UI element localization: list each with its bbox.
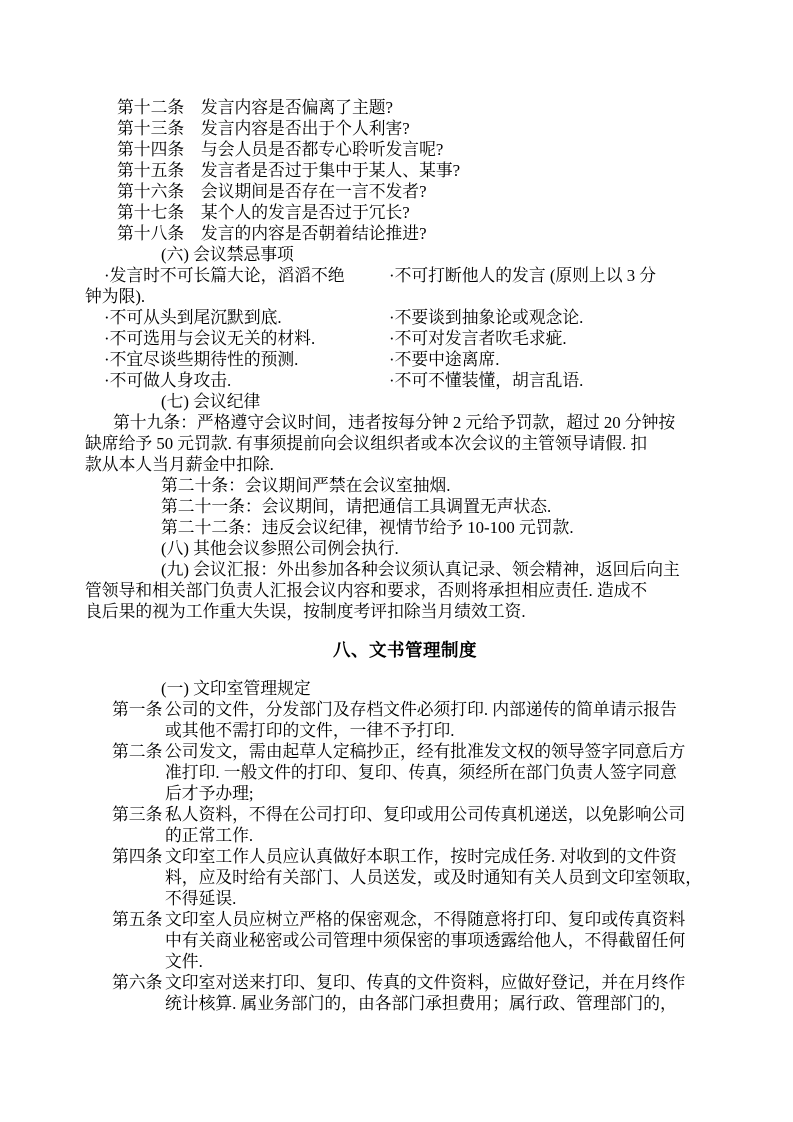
meeting-item: 第十四条 与会人员是否都专心聆听发言呢? <box>85 139 725 160</box>
article-label: 第四条 <box>112 846 165 867</box>
rule-21: 第二十一条：会议期间，请把通信工具调置无声状态. <box>85 496 725 517</box>
article-line: 的正常工作. <box>85 825 725 846</box>
article-line: 后才予办理; <box>85 783 725 804</box>
taboo-bullet-left: ·不可做人身攻击. <box>85 370 389 391</box>
article-2: 第二条公司发文，需由起草人定稿抄正，经有批准发文权的领导签字同意后方 准打印. … <box>85 741 725 804</box>
article-line: 文件. <box>85 951 725 972</box>
article-label: 第三条 <box>112 804 165 825</box>
subheading-other-meetings: (八) 其他会议参照公司例会执行. <box>85 538 725 559</box>
taboo-bullet-left: ·不可选用与会议无关的材料. <box>85 328 389 349</box>
article-line: 第四条文印室工作人员应认真做好本职工作，按时完成任务. 对收到的文件资 <box>85 846 725 867</box>
article-label: 第二条 <box>112 741 165 762</box>
article-6: 第六条文印室对送来打印、复印、传真的文件资料，应做好登记，并在月终作 统计核算.… <box>85 972 725 1014</box>
rule-19-line: 缺席给予 50 元罚款. 有事须提前向会议组织者或本次会议的主管领导请假. 扣 <box>85 433 725 454</box>
rule-19-line: 款从本人当月薪金中扣除. <box>85 454 725 475</box>
taboo-bullet-right: ·不可打断他人的发言 (原则上以 3 分 <box>389 265 656 286</box>
meeting-item: 第十五条 发言者是否过于集中于某人、某事? <box>85 160 725 181</box>
meeting-report-line: 管领导和相关部门负责人汇报会议内容和要求，否则将承担相应责任. 造成不 <box>85 580 725 601</box>
taboo-bullet-row: ·不可从头到尾沉默到底. ·不要谈到抽象论或观念论. <box>85 307 725 328</box>
article-3: 第三条私人资料，不得在公司打印、复印或用公司传真机递送，以免影响公司 的正常工作… <box>85 804 725 846</box>
taboo-bullet-right: ·不要中途离席. <box>389 349 499 370</box>
taboo-bullet-right: ·不可对发言者吹毛求疵. <box>389 328 567 349</box>
article-label: 第一条 <box>112 699 165 720</box>
article-line: 中有关商业秘密或公司管理中须保密的事项透露给他人，不得截留任何 <box>85 930 725 951</box>
article-line: 或其他不需打印的文件，一律不予打印. <box>85 720 725 741</box>
meeting-item: 第十二条 发言内容是否偏离了主题? <box>85 97 725 118</box>
meeting-item: 第十三条 发言内容是否出于个人利害? <box>85 118 725 139</box>
taboo-bullet-left: ·发言时不可长篇大论，滔滔不绝 <box>85 265 389 286</box>
article-line: 料，应及时给有关部门、人员送发，或及时通知有关人员到文印室领取， <box>85 867 725 888</box>
section-title: 八、文书管理制度 <box>85 639 725 661</box>
article-line: 第五条文印室人员应树立严格的保密观念，不得随意将打印、复印或传真资料 <box>85 909 725 930</box>
meeting-item: 第十八条 发言的内容是否朝着结论推进? <box>85 223 725 244</box>
article-text: 文印室工作人员应认真做好本职工作，按时完成任务. 对收到的文件资 <box>165 847 677 866</box>
article-line: 准打印. 一般文件的打印、复印、传真，须经所在部门负责人签字同意 <box>85 762 725 783</box>
subheading-discipline: (七) 会议纪律 <box>85 391 725 412</box>
article-text: 文印室对送来打印、复印、传真的文件资料，应做好登记，并在月终作 <box>165 973 685 992</box>
taboo-bullet-right: ·不要谈到抽象论或观念论. <box>389 307 583 328</box>
article-line: 第三条私人资料，不得在公司打印、复印或用公司传真机递送，以免影响公司 <box>85 804 725 825</box>
article-text: 公司的文件，分发部门及存档文件必须打印. 内部递传的简单请示报告 <box>165 700 677 719</box>
article-label: 第六条 <box>112 972 165 993</box>
taboo-bullet-left: ·不可从头到尾沉默到底. <box>85 307 389 328</box>
article-text: 文印室人员应树立严格的保密观念，不得随意将打印、复印或传真资料 <box>165 910 685 929</box>
article-line: 不得延误. <box>85 888 725 909</box>
article-line: 统计核算. 属业务部门的，由各部门承担费用；属行政、管理部门的， <box>85 993 725 1014</box>
article-line: 第一条公司的文件，分发部门及存档文件必须打印. 内部递传的简单请示报告 <box>85 699 725 720</box>
article-4: 第四条文印室工作人员应认真做好本职工作，按时完成任务. 对收到的文件资 料，应及… <box>85 846 725 909</box>
taboo-bullet-row: ·不宜尽谈些期待性的预测. ·不要中途离席. <box>85 349 725 370</box>
taboo-bullet-wrap-line: 钟为限). <box>85 286 725 307</box>
article-line: 第六条文印室对送来打印、复印、传真的文件资料，应做好登记，并在月终作 <box>85 972 725 993</box>
document-content: 第十二条 发言内容是否偏离了主题? 第十三条 发言内容是否出于个人利害? 第十四… <box>85 97 725 1014</box>
rule-22: 第二十二条：违反会议纪律，视情节给予 10-100 元罚款. <box>85 517 725 538</box>
taboo-bullet-row: ·不可选用与会议无关的材料. ·不可对发言者吹毛求疵. <box>85 328 725 349</box>
document-page: 第十二条 发言内容是否偏离了主题? 第十三条 发言内容是否出于个人利害? 第十四… <box>0 0 793 1122</box>
article-5: 第五条文印室人员应树立严格的保密观念，不得随意将打印、复印或传真资料 中有关商业… <box>85 909 725 972</box>
subheading-taboo: (六) 会议禁忌事项 <box>85 244 725 265</box>
article-label: 第五条 <box>112 909 165 930</box>
subheading-print-room: (一) 文印室管理规定 <box>85 678 725 699</box>
meeting-report-line: (九) 会议汇报：外出参加各种会议须认真记录、领会精神，返回后向主 <box>85 559 725 580</box>
taboo-bullet-right: ·不可不懂装懂，胡言乱语. <box>389 370 583 391</box>
rule-20: 第二十条：会议期间严禁在会议室抽烟. <box>85 475 725 496</box>
meeting-item: 第十六条 会议期间是否存在一言不发者? <box>85 181 725 202</box>
article-text: 私人资料，不得在公司打印、复印或用公司传真机递送，以免影响公司 <box>165 805 685 824</box>
meeting-report-line: 良后果的视为工作重大失误，按制度考评扣除当月绩效工资. <box>85 601 725 622</box>
taboo-bullet-row: ·不可做人身攻击. ·不可不懂装懂，胡言乱语. <box>85 370 725 391</box>
taboo-bullet-row: ·发言时不可长篇大论，滔滔不绝 ·不可打断他人的发言 (原则上以 3 分 <box>85 265 725 286</box>
article-text: 公司发文，需由起草人定稿抄正，经有批准发文权的领导签字同意后方 <box>165 742 685 761</box>
meeting-item: 第十七条 某个人的发言是否过于冗长? <box>85 202 725 223</box>
article-line: 第二条公司发文，需由起草人定稿抄正，经有批准发文权的领导签字同意后方 <box>85 741 725 762</box>
article-1: 第一条公司的文件，分发部门及存档文件必须打印. 内部递传的简单请示报告 或其他不… <box>85 699 725 741</box>
taboo-bullet-left: ·不宜尽谈些期待性的预测. <box>85 349 389 370</box>
rule-19-line: 第十九条：严格遵守会议时间，违者按每分钟 2 元给予罚款，超过 20 分钟按 <box>85 412 725 433</box>
